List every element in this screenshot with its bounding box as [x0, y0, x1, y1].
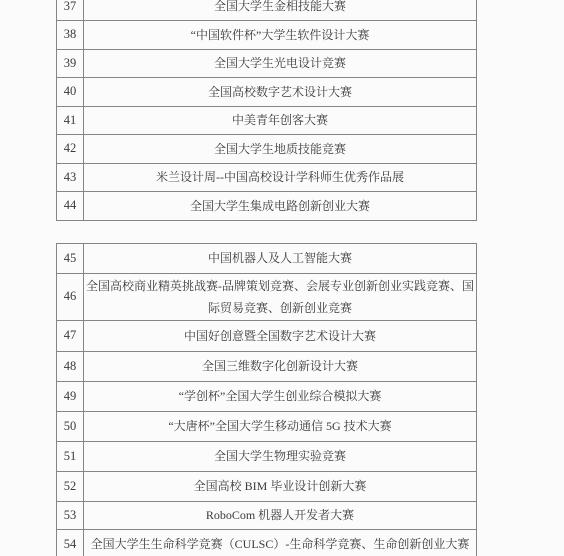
- row-number-cell: 47: [57, 321, 84, 351]
- table-row: 53RoboCom 机器人开发者大赛: [57, 502, 476, 530]
- competition-name-cell: 中国机器人及人工智能大赛: [84, 244, 476, 273]
- table-row: 46全国高校商业精英挑战赛-品牌策划竞赛、会展专业创新创业实践竞赛、国际贸易竞赛…: [57, 274, 476, 321]
- table-row: 44全国大学生集成电路创新创业大赛: [57, 192, 476, 221]
- table-row: 42全国大学生地质技能竞赛: [57, 135, 476, 164]
- competition-name-cell: 全国大学生生命科学竞赛（CULSC）-生命科学竞赛、生命创新创业大赛: [84, 530, 476, 556]
- row-number-cell: 44: [57, 192, 84, 220]
- row-number-cell: 40: [57, 78, 84, 106]
- table-row: 38“中国软件杯”大学生软件设计大赛: [57, 21, 476, 50]
- competition-name-cell: 米兰设计周--中国高校设计学科师生优秀作品展: [84, 164, 476, 192]
- table-row: 43米兰设计周--中国高校设计学科师生优秀作品展: [57, 164, 476, 193]
- row-number-cell: 43: [57, 164, 84, 192]
- table-row: 51全国大学生物理实验竞赛: [57, 442, 476, 472]
- table-row: 40全国高校数字艺术设计大赛: [57, 78, 476, 107]
- competition-name-cell: 全国高校数字艺术设计大赛: [84, 78, 476, 106]
- table-row: 49“学创杯”全国大学生创业综合模拟大赛: [57, 382, 476, 412]
- table-row: 39全国大学生光电设计竞赛: [57, 50, 476, 79]
- row-number-cell: 46: [57, 274, 84, 320]
- row-number-cell: 54: [57, 530, 84, 556]
- table-row: 48全国三维数字化创新设计大赛: [57, 352, 476, 382]
- row-number-cell: 38: [57, 21, 84, 49]
- table-row: 54全国大学生生命科学竞赛（CULSC）-生命科学竞赛、生命创新创业大赛: [57, 530, 476, 556]
- competition-name-cell: “中国软件杯”大学生软件设计大赛: [84, 21, 476, 49]
- competition-name-cell: 中美青年创客大赛: [84, 107, 476, 135]
- competition-name-cell: 全国大学生光电设计竞赛: [84, 50, 476, 78]
- table-row: 45中国机器人及人工智能大赛: [57, 244, 476, 274]
- competition-name-cell: 全国大学生金相技能大赛: [84, 0, 476, 20]
- competition-name-cell: 全国三维数字化创新设计大赛: [84, 352, 476, 381]
- table-row: 47中国好创意暨全国数字艺术设计大赛: [57, 321, 476, 352]
- table-row: 52全国高校 BIM 毕业设计创新大赛: [57, 472, 476, 502]
- row-number-cell: 51: [57, 442, 84, 471]
- competition-name-cell: “学创杯”全国大学生创业综合模拟大赛: [84, 382, 476, 411]
- row-number-cell: 48: [57, 352, 84, 381]
- table-row: 50“大唐杯”全国大学生移动通信 5G 技术大赛: [57, 412, 476, 442]
- competition-name-cell: “大唐杯”全国大学生移动通信 5G 技术大赛: [84, 412, 476, 441]
- table-row: 37全国大学生金相技能大赛: [57, 0, 476, 21]
- competition-name-cell: 中国好创意暨全国数字艺术设计大赛: [84, 321, 476, 351]
- competition-table-block-1: 37全国大学生金相技能大赛38“中国软件杯”大学生软件设计大赛39全国大学生光电…: [56, 0, 477, 221]
- competition-name-cell: 全国大学生地质技能竞赛: [84, 135, 476, 163]
- document-page: 37全国大学生金相技能大赛38“中国软件杯”大学生软件设计大赛39全国大学生光电…: [0, 0, 564, 556]
- row-number-cell: 45: [57, 244, 84, 273]
- competition-table-block-2: 45中国机器人及人工智能大赛46全国高校商业精英挑战赛-品牌策划竞赛、会展专业创…: [56, 243, 477, 556]
- competition-name-cell: RoboCom 机器人开发者大赛: [84, 502, 476, 529]
- competition-name-cell: 全国大学生物理实验竞赛: [84, 442, 476, 471]
- row-number-cell: 41: [57, 107, 84, 135]
- competition-name-cell: 全国高校商业精英挑战赛-品牌策划竞赛、会展专业创新创业实践竞赛、国际贸易竞赛、创…: [84, 274, 476, 320]
- row-number-cell: 50: [57, 412, 84, 441]
- row-number-cell: 52: [57, 472, 84, 501]
- row-number-cell: 49: [57, 382, 84, 411]
- competition-name-cell: 全国大学生集成电路创新创业大赛: [84, 192, 476, 220]
- row-number-cell: 53: [57, 502, 84, 529]
- row-number-cell: 39: [57, 50, 84, 78]
- competition-name-cell: 全国高校 BIM 毕业设计创新大赛: [84, 472, 476, 501]
- table-row: 41中美青年创客大赛: [57, 107, 476, 136]
- row-number-cell: 37: [57, 0, 84, 20]
- row-number-cell: 42: [57, 135, 84, 163]
